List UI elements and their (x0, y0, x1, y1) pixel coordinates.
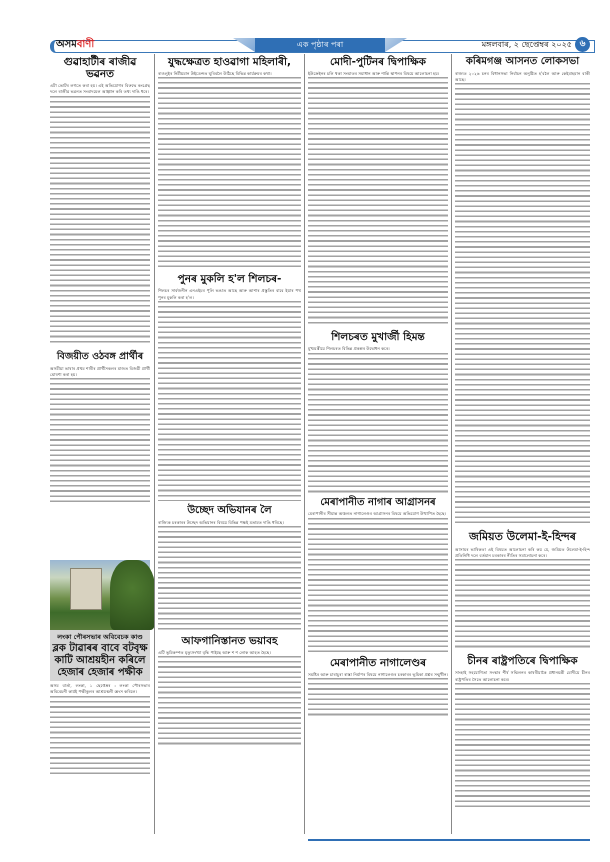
column-divider (154, 54, 155, 834)
photo-caption: লংকা পৌৰসভাৰ অবিবেচক কাণ্ড ব্লক টাৱাৰৰ ব… (50, 630, 150, 681)
column-1: গুৱাহাটীৰ ৰাজীৱ ভৱনত এটা ভোটৰ লগতে কৰা হ… (50, 54, 150, 503)
tree-image (110, 560, 155, 630)
column-3: মোদী-পুটিনৰ দ্বিপাক্ষিক ইউক্ৰেইনৰ চলি থক… (308, 54, 448, 718)
article-nagaland-aggression-body (308, 518, 448, 653)
section-label: এক পৃষ্ঠাৰ পৰা (255, 38, 385, 52)
logo-part-2: বাণী (77, 39, 94, 50)
article-karimganj-lead: ৰাজ্যত ২০২৬ চনৰ বিধানসভা নিৰ্বাচন অনুষ্ঠ… (455, 71, 590, 84)
article-eviction-body (158, 526, 301, 631)
masthead-logo: অসমবাণী (56, 38, 94, 52)
page-header: অসমবাণী এক পৃষ্ঠাৰ পৰা মঙ্গলবাৰ, ২ ছেপ্ত… (50, 38, 590, 52)
tower-image (70, 568, 102, 610)
column-2: যুদ্ধক্ষেত্ৰত হাওৱাগা মহিলাৰী, ৰাওলুইৰ ন… (158, 54, 301, 746)
headline-karimganj: কৰিমগঞ্জ আসনত লোকসভা (455, 56, 590, 68)
article-karimganj-body (455, 83, 590, 523)
headline-silchar-mukherjee: শিলচৰত মুখাৰ্জী হিমন্ত (308, 331, 448, 343)
headline-eviction: উচ্ছেদ অভিযানৰ লৈ (158, 505, 301, 517)
article-silchar-revival-lead: শিলচৰ সাৰ্বজনীন এনএইচৰ পুলি ভঙাত আছে আৰু… (158, 288, 301, 301)
headline-afghanistan: আফগানিস্তানত ভয়াবহ (158, 635, 301, 647)
article-afghanistan-body (158, 656, 301, 746)
photo-story-body (50, 696, 150, 776)
column-divider (304, 54, 305, 834)
page-number-badge: ৬ (575, 37, 590, 52)
footer-rule (308, 839, 590, 841)
headline-nagaland: মেৰাপানীত নাগালেণ্ডৰ (308, 657, 448, 669)
photo-story-lead: অসম বাৰ্তা, লংকা, ১ ছেপ্তেম্বৰ : লংকা পৌ… (50, 683, 150, 696)
issue-date: মঙ্গলবাৰ, ২ ছেপ্তেম্বৰ ২০২৫ (482, 38, 572, 52)
headline-jamiat: জমিয়ত উলেমা-ই-হিন্দৰ (455, 531, 590, 544)
article-silchar-revival-body (158, 301, 301, 501)
photo-story-kicker: লংকা পৌৰসভাৰ অবিবেচক কাণ্ড (50, 632, 150, 643)
column-divider (451, 54, 452, 834)
newspaper-page: অসমবাণী এক পৃষ্ঠাৰ পৰা মঙ্গলবাৰ, ২ ছেপ্ত… (50, 38, 590, 843)
article-guwahati-lead: এটা ভোটৰ লগতে কৰা হয়। এই অভিযোগৰ বিরুদ্… (50, 83, 150, 96)
article-jamiat-lead: আসামৰ ভাষিকতা এই বিষয়ত আলোচনা কৰি কয় য… (455, 547, 590, 560)
headline-war: যুদ্ধক্ষেত্ৰত হাওৱাগা মহিলাৰী, (158, 56, 301, 68)
article-war-body (158, 77, 301, 267)
column-4: কৰিমগঞ্জ আসনত লোকসভা ৰাজ্যত ২০২৬ চনৰ বিধ… (455, 54, 590, 808)
headline-modi-putin: মোদী-পুটিনৰ দ্বিপাক্ষিক (308, 56, 448, 68)
headline-china: চীনৰ ৰাষ্ট্ৰপতিৰে দ্বিপাক্ষিক (455, 655, 590, 667)
headline-silchar-revival: পুনৰ মুকলি হ'ল শিলচৰ- (158, 273, 301, 285)
article-guwahati-body (50, 96, 150, 346)
headline-guwahati: গুৱাহাটীৰ ৰাজীৱ ভৱনত (50, 56, 150, 80)
headline-bijoy: বিজয়ীত ওঠবঙ্গ প্ৰাৰ্থীৰ (50, 352, 150, 363)
headline-nagaland-aggression: মেৰাপানীত নাগাৰ আগ্ৰাসনৰ (308, 497, 448, 509)
photo-story: লংকা পৌৰসভাৰ অবিবেচক কাণ্ড ব্লক টাৱাৰৰ ব… (50, 560, 150, 776)
article-nagaland-body (308, 678, 448, 718)
article-modi-putin-body (308, 77, 448, 327)
article-silchar-mukherjee-body (308, 353, 448, 493)
article-china-body (455, 683, 590, 808)
logo-part-1: অসম (56, 39, 77, 50)
article-jamiat-body (455, 559, 590, 649)
article-china-lead: সাংহাই সহযোগিতা সংস্থাৰ শীৰ্ষ সন্মিলনৰ ক… (455, 670, 590, 683)
article-bijoy-body (50, 378, 150, 503)
photo-story-headline: ব্লক টাৱাৰৰ বাবে বটবৃক্ষ কাটি আশ্ৰয়হীন … (50, 643, 150, 679)
article-bijoy-lead: অসমীয়া ভাষাৰ প্ৰথম শাৰীৰ প্ৰাৰ্থীসকলৰ ম… (50, 366, 150, 379)
tree-photo (50, 560, 150, 630)
